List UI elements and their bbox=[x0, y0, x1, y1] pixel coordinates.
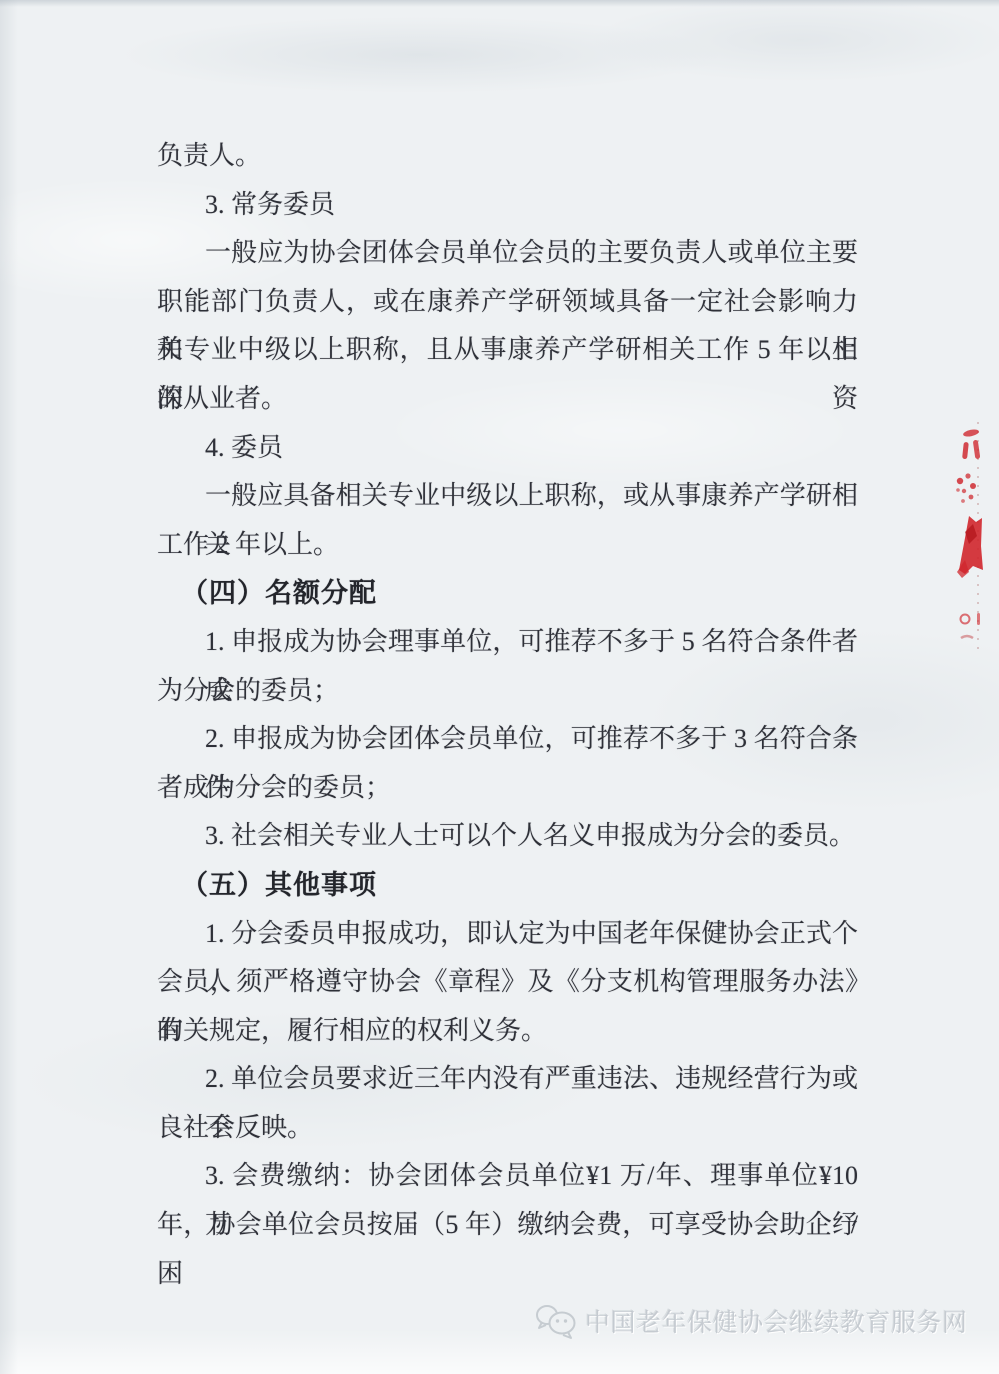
text-line: 为分会的委员； bbox=[157, 667, 858, 716]
text-line: 1. 分会委员申报成功，即认定为中国老年保健协会正式个人 bbox=[157, 910, 858, 959]
text-line: 职能部门负责人，或在康养产学研领域具备一定社会影响力和相 bbox=[157, 278, 858, 327]
section-heading: （五）其他事项 bbox=[157, 861, 858, 910]
text-line: 有关规定，履行相应的权利义务。 bbox=[157, 1007, 858, 1056]
scanned-document-page: 负责人。3. 常务委员一般应为协会团体会员单位会员的主要负责人或单位主要职能部门… bbox=[0, 0, 999, 1374]
text-line: 3. 会费缴纳：协会团体会员单位¥1 万/年、理事单位¥10 万/ bbox=[157, 1152, 858, 1201]
text-line: 者成为分会的委员； bbox=[157, 764, 858, 813]
wechat-icon bbox=[534, 1300, 578, 1342]
text-line: 4. 委员 bbox=[157, 424, 858, 473]
document-lines: 负责人。3. 常务委员一般应为协会团体会员单位会员的主要负责人或单位主要职能部门… bbox=[157, 132, 858, 1250]
watermark-text: 中国老年保健协会继续教育服务网 bbox=[585, 1303, 968, 1339]
text-line: 年，协会单位会员按届（5 年）缴纳会费，可享受协会助企纾困 bbox=[157, 1201, 858, 1250]
section-heading: （四）名额分配 bbox=[157, 569, 858, 618]
text-line: 一般应为协会团体会员单位会员的主要负责人或单位主要 bbox=[157, 229, 858, 278]
text-line: 2. 单位会员要求近三年内没有严重违法、违规经营行为或不 bbox=[157, 1055, 858, 1104]
text-line: 会员，须严格遵守协会《章程》及《分支机构管理服务办法》的 bbox=[157, 958, 858, 1007]
red-seal-fragment bbox=[935, 420, 999, 655]
text-line: 3. 常务委员 bbox=[157, 181, 858, 230]
text-line: 1. 申报成为协会理事单位，可推荐不多于 5 名符合条件者成 bbox=[157, 618, 858, 667]
text-line: 2. 申报成为协会团体会员单位，可推荐不多于 3 名符合条件 bbox=[157, 715, 858, 764]
footer-watermark: 中国老年保健协会继续教育服务网 bbox=[534, 1300, 968, 1342]
text-line: 工作 2 年以上。 bbox=[157, 521, 858, 570]
text-line: 一般应具备相关专业中级以上职称，或从事康养产学研相关 bbox=[157, 472, 858, 521]
text-line: 负责人。 bbox=[157, 132, 858, 181]
text-line: 关专业中级以上职称，且从事康养产学研相关工作 5 年以上的资 bbox=[157, 326, 858, 375]
text-line: 良社会反映。 bbox=[157, 1104, 858, 1153]
text-line: 3. 社会相关专业人士可以个人名义申报成为分会的委员。 bbox=[157, 812, 858, 861]
